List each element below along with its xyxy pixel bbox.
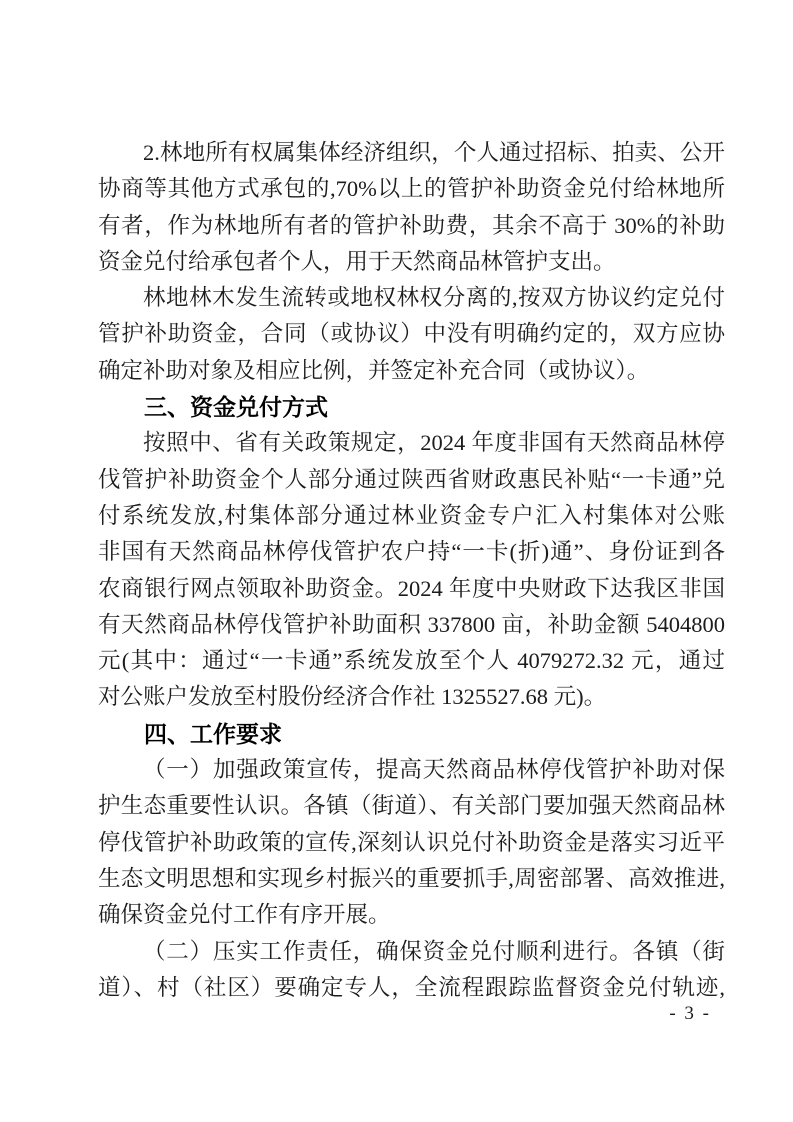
text-line: 有天然商品林停伐管护补助面积 337800 亩，补助金额 5404800 (98, 607, 725, 643)
document-body: 2.林地所有权属集体经济组织，个人通过招标、拍卖、公开协商等其他方式承包的,70… (98, 135, 725, 1006)
text-line: 确定补助对象及相应比例，并签定补充合同（或协议）。 (98, 353, 725, 389)
page-number: - 3 - (669, 1003, 711, 1025)
text-line: 资金兑付给承包者个人，用于天然商品林管护支出。 (98, 244, 725, 280)
text-line: 停伐管护补助政策的宣传,深刻认识兑付补助资金是落实习近平 (98, 825, 725, 861)
text-line: 确保资金兑付工作有序开展。 (98, 897, 725, 933)
text-line: 付系统发放,村集体部分通过林业资金专户汇入村集体对公账户。 (98, 498, 725, 534)
section-heading: 三、资金兑付方式 (98, 389, 725, 425)
text-line: 2.林地所有权属集体经济组织，个人通过招标、拍卖、公开 (98, 135, 725, 171)
document-page: 2.林地所有权属集体经济组织，个人通过招标、拍卖、公开协商等其他方式承包的,70… (0, 0, 793, 1122)
text-line: 有者，作为林地所有者的管护补助费，其余不高于 30%的补助 (98, 208, 725, 244)
text-line: 伐管护补助资金个人部分通过陕西省财政惠民补贴“一卡通”兑 (98, 462, 725, 498)
text-line: 道）、村（社区）要确定专人，全流程跟踪监督资金兑付轨迹, (98, 970, 725, 1006)
text-line: 元(其中：通过“一卡通”系统发放至个人 4079272.32 元，通过 (98, 643, 725, 679)
text-line: 协商等其他方式承包的,70%以上的管护补助资金兑付给林地所 (98, 171, 725, 207)
text-line: （一）加强政策宣传，提高天然商品林停伐管护补助对保 (98, 752, 725, 788)
text-line: 护生态重要性认识。各镇（街道）、有关部门要加强天然商品林 (98, 788, 725, 824)
section-heading: 四、工作要求 (98, 716, 725, 752)
text-line: 林地林木发生流转或地权林权分离的,按双方协议约定兑付 (98, 280, 725, 316)
text-line: （二）压实工作责任，确保资金兑付顺利进行。各镇（街 (98, 934, 725, 970)
text-line: 农商银行网点领取补助资金。2024 年度中央财政下达我区非国 (98, 571, 725, 607)
text-line: 管护补助资金，合同（或协议）中没有明确约定的，双方应协商 (98, 316, 725, 352)
text-line: 非国有天然商品林停伐管护农户持“一卡(折)通”、身份证到各 (98, 534, 725, 570)
text-line: 按照中、省有关政策规定，2024 年度非国有天然商品林停 (98, 425, 725, 461)
text-line: 生态文明思想和实现乡村振兴的重要抓手,周密部署、高效推进, (98, 861, 725, 897)
text-line: 对公账户发放至村股份经济合作社 1325527.68 元)。 (98, 679, 725, 715)
